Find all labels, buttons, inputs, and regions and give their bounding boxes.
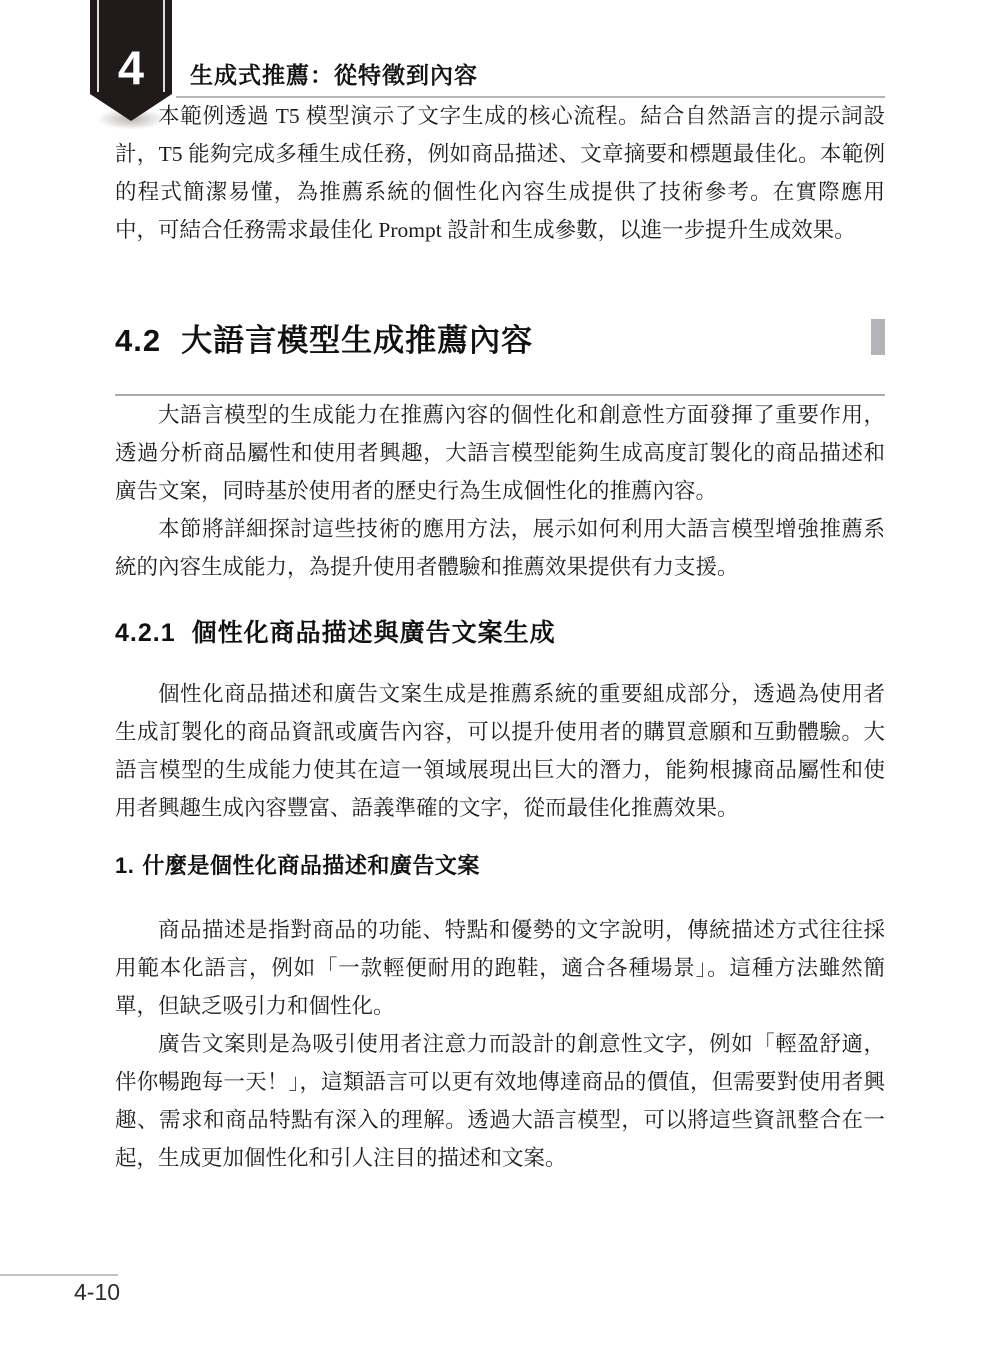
subsection-number: 4.2.1	[115, 619, 176, 647]
intro-paragraph: 本範例透過 T5 模型演示了文字生成的核心流程。結合自然語言的提示詞設計，T5 …	[115, 97, 885, 249]
subsection-heading: 4.2.1個性化商品描述與廣告文案生成	[115, 616, 885, 650]
section-heading-row: 4.2大語言模型生成推薦內容	[115, 289, 885, 385]
section-paragraph: 大語言模型的生成能力在推薦內容的個性化和創意性方面發揮了重要作用，透過分析商品屬…	[115, 396, 885, 510]
footer-rule	[0, 1274, 118, 1276]
numbered-topic-paragraph: 商品描述是指對商品的功能、特點和優勢的文字說明，傳統描述方式往往採用範本化語言，…	[115, 911, 885, 1025]
subsection-title: 個性化商品描述與廣告文案生成	[192, 619, 556, 647]
subsection-paragraph: 個性化商品描述和廣告文案生成是推薦系統的重要組成部分，透過為使用者生成訂製化的商…	[115, 675, 885, 827]
chapter-title: 生成式推薦：從特徵到內容	[190, 57, 478, 90]
section-heading: 4.2大語言模型生成推薦內容	[115, 315, 533, 360]
page-number: 4-10	[74, 1279, 120, 1306]
numbered-topic-paragraph: 廣告文案則是為吸引使用者注意力而設計的創意性文字，例如「輕盈舒適，伴你暢跑每一天…	[115, 1025, 885, 1177]
page-header: 4 生成式推薦：從特徵到內容	[0, 0, 1000, 97]
book-page: 4 生成式推薦：從特徵到內容 本範例透過 T5 模型演示了文字生成的核心流程。結…	[0, 0, 1000, 1177]
section-title: 大語言模型生成推薦內容	[181, 323, 533, 358]
ribbon-point	[90, 94, 172, 121]
header-rule	[176, 96, 885, 98]
chapter-number: 4	[118, 44, 144, 94]
section-accent-bar	[871, 319, 885, 355]
section-paragraph: 本節將詳細探討這些技術的應用方法，展示如何利用大語言模型增強推薦系統的內容生成能…	[115, 510, 885, 586]
numbered-topic-heading: 1.什麼是個性化商品描述和廣告文案	[115, 851, 885, 881]
numbered-topic-number: 1.	[115, 853, 134, 878]
page-content: 本範例透過 T5 模型演示了文字生成的核心流程。結合自然語言的提示詞設計，T5 …	[0, 97, 1000, 1177]
section-number: 4.2	[115, 323, 161, 358]
chapter-ribbon: 4	[90, 0, 172, 121]
ribbon-body: 4	[90, 0, 172, 94]
numbered-topic-title: 什麼是個性化商品描述和廣告文案	[142, 853, 480, 878]
